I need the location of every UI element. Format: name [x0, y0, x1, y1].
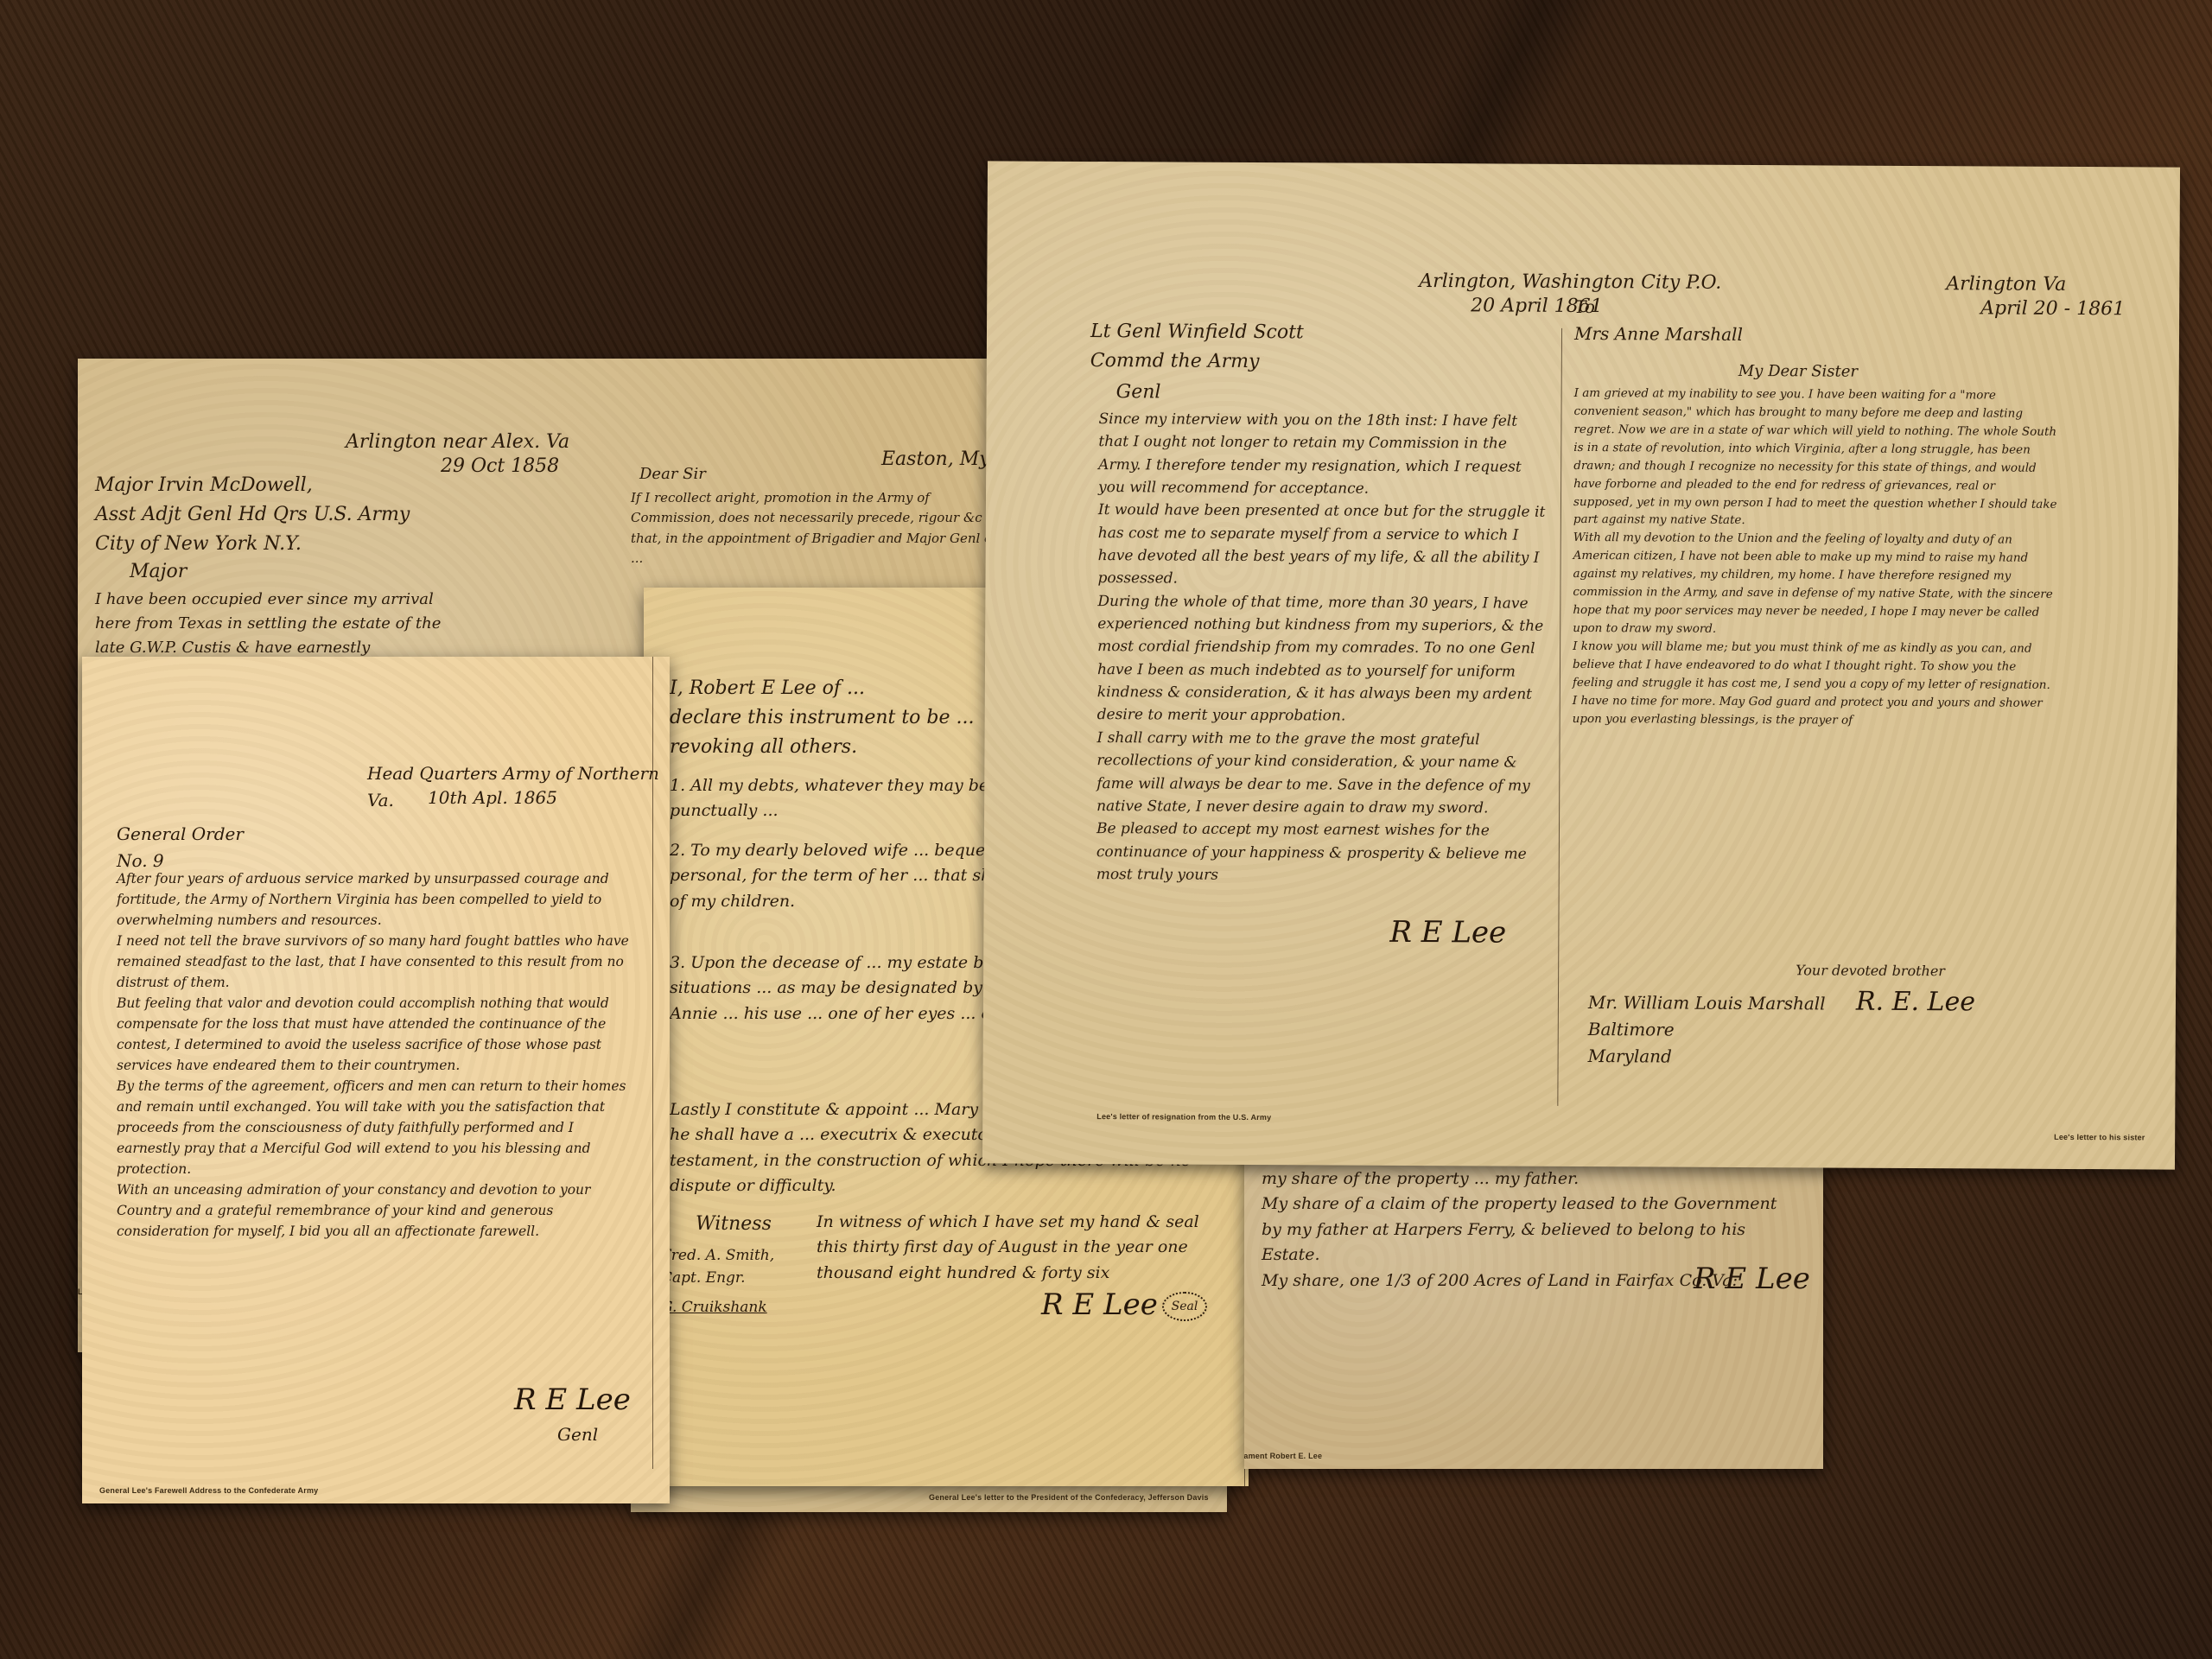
- farewell-date: 10th Apl. 1865: [428, 785, 557, 811]
- resignation-body: Since my interview with you on the 18th …: [1096, 408, 1548, 888]
- farewell-signature-title: Genl: [557, 1421, 598, 1448]
- mcdowell-address: Major Irvin McDowell, Asst Adjt Genl Hd …: [95, 471, 493, 559]
- sister-closing: Your devoted brother: [1796, 960, 1945, 982]
- sister-body: I am grieved at my inability to see you.…: [1573, 385, 2058, 730]
- sister-signature: R. E. Lee: [1856, 987, 1975, 1018]
- sister-recipient-address: Mr. William Louis Marshall Baltimore Mar…: [1588, 989, 1826, 1071]
- mcdowell-salutation: Major: [130, 557, 187, 587]
- farewell-body: After four years of arduous service mark…: [117, 868, 635, 1242]
- sister-date: April 20 - 1861: [1980, 294, 2125, 324]
- resignation-address: Lt Genl Winfield Scott Commd the Army: [1090, 317, 1304, 377]
- will-witness-2: G. Cruikshank: [661, 1296, 767, 1319]
- easton-body: If I recollect aright, promotion in the …: [631, 488, 1011, 569]
- will-witness-1: Fred. A. Smith, Capt. Engr.: [661, 1244, 808, 1290]
- resignation-caption: Lee's letter of resignation from the U.S…: [1096, 1112, 1271, 1122]
- farewell-order: General Order No. 9: [117, 821, 244, 874]
- davis-caption: General Lee's letter to the President of…: [929, 1493, 1209, 1502]
- farewell-margin-rule: [652, 657, 653, 1469]
- sister-to: To Mrs Anne Marshall: [1574, 294, 1743, 348]
- resignation-signature: R E Lee: [1389, 915, 1506, 950]
- will-seal: Seal: [1162, 1292, 1207, 1321]
- sister-salutation: My Dear Sister: [1738, 359, 1858, 385]
- resignation-salutation: Genl: [1116, 378, 1161, 407]
- will-signature: R E Lee: [1041, 1287, 1158, 1322]
- easton-salutation: Dear Sir: [639, 462, 706, 486]
- will-witness-label: Witness: [696, 1210, 772, 1239]
- will-seal-label: Seal: [1172, 1300, 1198, 1313]
- sister-caption: Lee's letter to his sister: [2054, 1133, 2145, 1142]
- will-continuation-signature: R E Lee: [1694, 1262, 1810, 1296]
- farewell-caption: General Lee's Farewell Address to the Co…: [99, 1486, 318, 1495]
- farewell-signature: R E Lee: [514, 1382, 631, 1417]
- farewell-address-sheet: Head Quarters Army of Northern Va. 10th …: [82, 657, 670, 1503]
- will-continuation-sheet: my share of the property ... my father. …: [1244, 1123, 1823, 1469]
- sheet-center-rule: [1557, 328, 1562, 1106]
- will-caption: Last Will and Testament Robert E. Lee: [1244, 1452, 1322, 1460]
- will-witness-clause: In witness of which I have set my hand &…: [817, 1210, 1223, 1286]
- easton-place: Easton, My: [881, 445, 990, 474]
- resignation-sister-sheet: Arlington, Washington City P.O. 20 April…: [982, 161, 2180, 1169]
